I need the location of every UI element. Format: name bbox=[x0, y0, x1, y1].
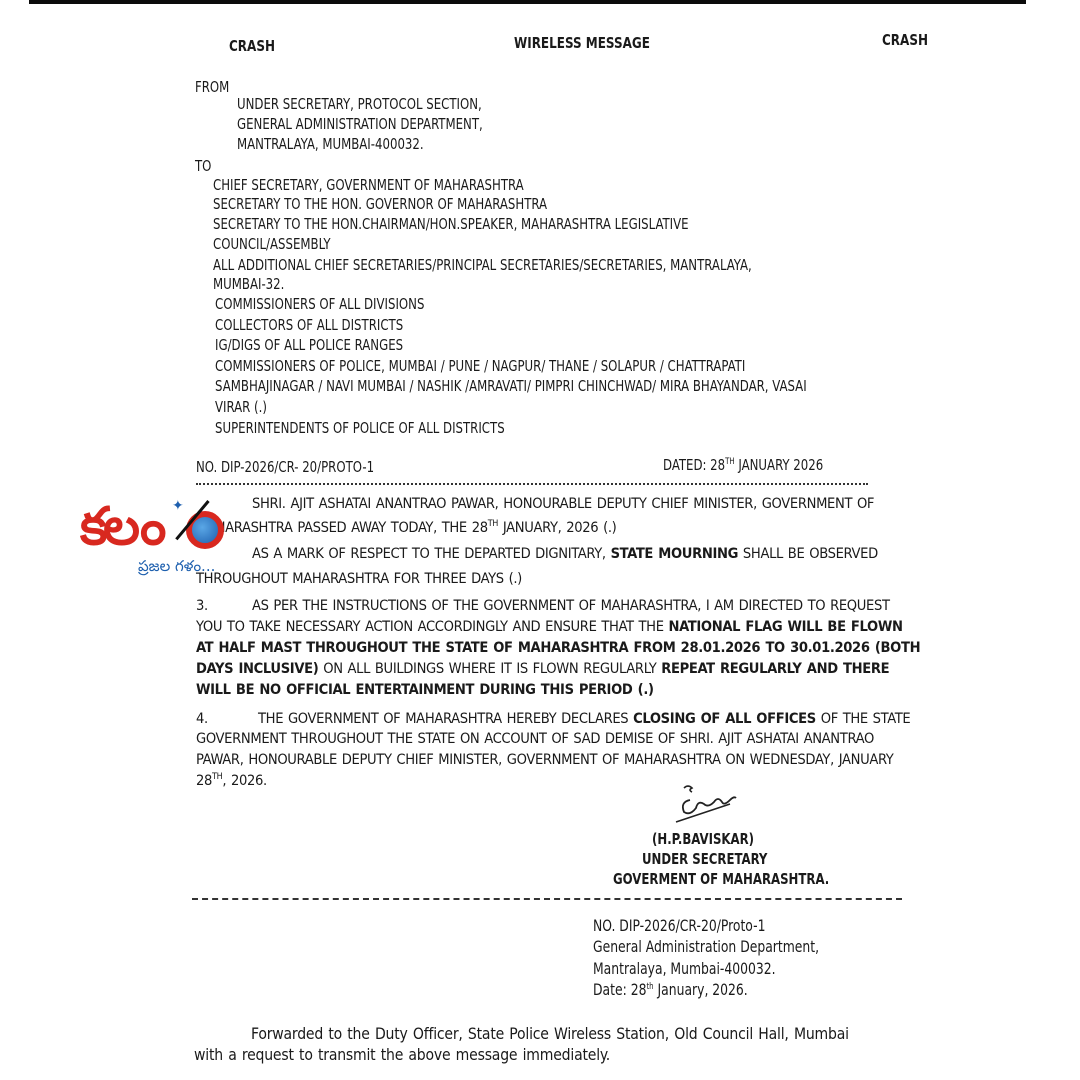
para-1-line-1: SHRI. AJIT ASHATAI ANANTRAO PAWAR, HONOU… bbox=[252, 494, 874, 514]
kalam-watermark-logo: కలం ✦ ప్రజల గళం... bbox=[80, 497, 240, 582]
to-line: SAMBHAJINAGAR / NAVI MUMBAI / NASHIK /AM… bbox=[215, 376, 807, 396]
endorsement-department: General Administration Department, bbox=[593, 937, 819, 957]
para-2-line-1: AS A MARK OF RESPECT TO THE DEPARTED DIG… bbox=[252, 544, 878, 564]
to-line: ALL ADDITIONAL CHIEF SECRETARIES/PRINCIP… bbox=[213, 255, 752, 275]
from-line: UNDER SECRETARY, PROTOCOL SECTION, bbox=[237, 94, 482, 114]
to-line: SECRETARY TO THE HON.CHAIRMAN/HON.SPEAKE… bbox=[213, 214, 689, 234]
to-line: CHIEF SECRETARY, GOVERNMENT OF MAHARASHT… bbox=[213, 175, 524, 195]
endorsement-address: Mantralaya, Mumbai-400032. bbox=[593, 959, 776, 979]
para-4-line-4: 28TH, 2026. bbox=[196, 771, 267, 791]
endorsement-date: Date: 28th January, 2026. bbox=[593, 980, 748, 1000]
para-1-line-2: MAHARASHTRA PASSED AWAY TODAY, THE 28TH … bbox=[196, 518, 616, 538]
dotted-separator bbox=[196, 483, 868, 485]
para-3-number: 3. bbox=[196, 596, 208, 616]
para-4-line-1: THE GOVERNMENT OF MAHARASHTRA HEREBY DEC… bbox=[258, 709, 910, 729]
from-line: MANTRALAYA, MUMBAI-400032. bbox=[237, 134, 424, 154]
para-4-line-3: PAWAR, HONOURABLE DEPUTY CHIEF MINISTER,… bbox=[196, 750, 893, 770]
to-line: COMMISSIONERS OF POLICE, MUMBAI / PUNE /… bbox=[215, 356, 745, 376]
to-line: VIRAR (.) bbox=[215, 397, 267, 417]
to-line: SECRETARY TO THE HON. GOVERNOR OF MAHARA… bbox=[213, 194, 547, 214]
endorsement-number: NO. DIP-2026/CR-20/Proto-1 bbox=[593, 916, 765, 936]
forward-line-2: with a request to transmit the above mes… bbox=[194, 1045, 610, 1065]
para-3-line-3: AT HALF MAST THROUGHOUT THE STATE OF MAH… bbox=[196, 638, 920, 658]
para-4-line-2: GOVERNMENT THROUGHOUT THE STATE ON ACCOU… bbox=[196, 729, 874, 749]
from-line: GENERAL ADMINISTRATION DEPARTMENT, bbox=[237, 114, 483, 134]
bird-icon: ✦ bbox=[172, 498, 184, 514]
reference-number: NO. DIP-2026/CR- 20/PROTO-1 bbox=[196, 457, 374, 477]
to-line: IG/DIGS OF ALL POLICE RANGES bbox=[215, 335, 403, 355]
para-4-number: 4. bbox=[196, 709, 208, 729]
para-3-line-2: YOU TO TAKE NECESSARY ACTION ACCORDINGLY… bbox=[196, 617, 903, 637]
para-3-line-5: WILL BE NO OFFICIAL ENTERTAINMENT DURING… bbox=[196, 680, 654, 700]
signatory-office: GOVERMENT OF MAHARASHTRA. bbox=[613, 869, 829, 889]
signatory-designation: UNDER SECRETARY bbox=[642, 849, 767, 869]
para-3-line-4: DAYS INCLUSIVE) ON ALL BUILDINGS WHERE I… bbox=[196, 659, 889, 679]
signature-icon bbox=[670, 782, 750, 826]
to-label: TO bbox=[195, 156, 211, 176]
to-line: MUMBAI-32. bbox=[213, 274, 284, 294]
forward-line-1: Forwarded to the Duty Officer, State Pol… bbox=[251, 1024, 849, 1044]
logo-wordmark: కలం bbox=[80, 497, 162, 557]
para-2-line-2: THROUGHOUT MAHARASHTRA FOR THREE DAYS (.… bbox=[196, 569, 522, 589]
from-label: FROM bbox=[195, 77, 229, 97]
to-line: COUNCIL/ASSEMBLY bbox=[213, 234, 331, 254]
header-crash-right: CRASH bbox=[882, 30, 928, 50]
logo-tagline: ప్రజల గళం... bbox=[138, 557, 215, 579]
reference-date: DATED: 28TH JANUARY 2026 bbox=[663, 455, 823, 475]
para-3-line-1: AS PER THE INSTRUCTIONS OF THE GOVERNMEN… bbox=[252, 596, 890, 616]
to-line: COMMISSIONERS OF ALL DIVISIONS bbox=[215, 294, 424, 314]
signatory-name: (H.P.BAVISKAR) bbox=[652, 829, 754, 849]
to-line: SUPERINTENDENTS OF POLICE OF ALL DISTRIC… bbox=[215, 418, 505, 438]
dashed-separator bbox=[192, 898, 902, 900]
to-line: COLLECTORS OF ALL DISTRICTS bbox=[215, 315, 403, 335]
header-title: WIRELESS MESSAGE bbox=[514, 33, 650, 53]
top-border bbox=[29, 0, 1026, 4]
header-crash-left: CRASH bbox=[229, 36, 275, 56]
